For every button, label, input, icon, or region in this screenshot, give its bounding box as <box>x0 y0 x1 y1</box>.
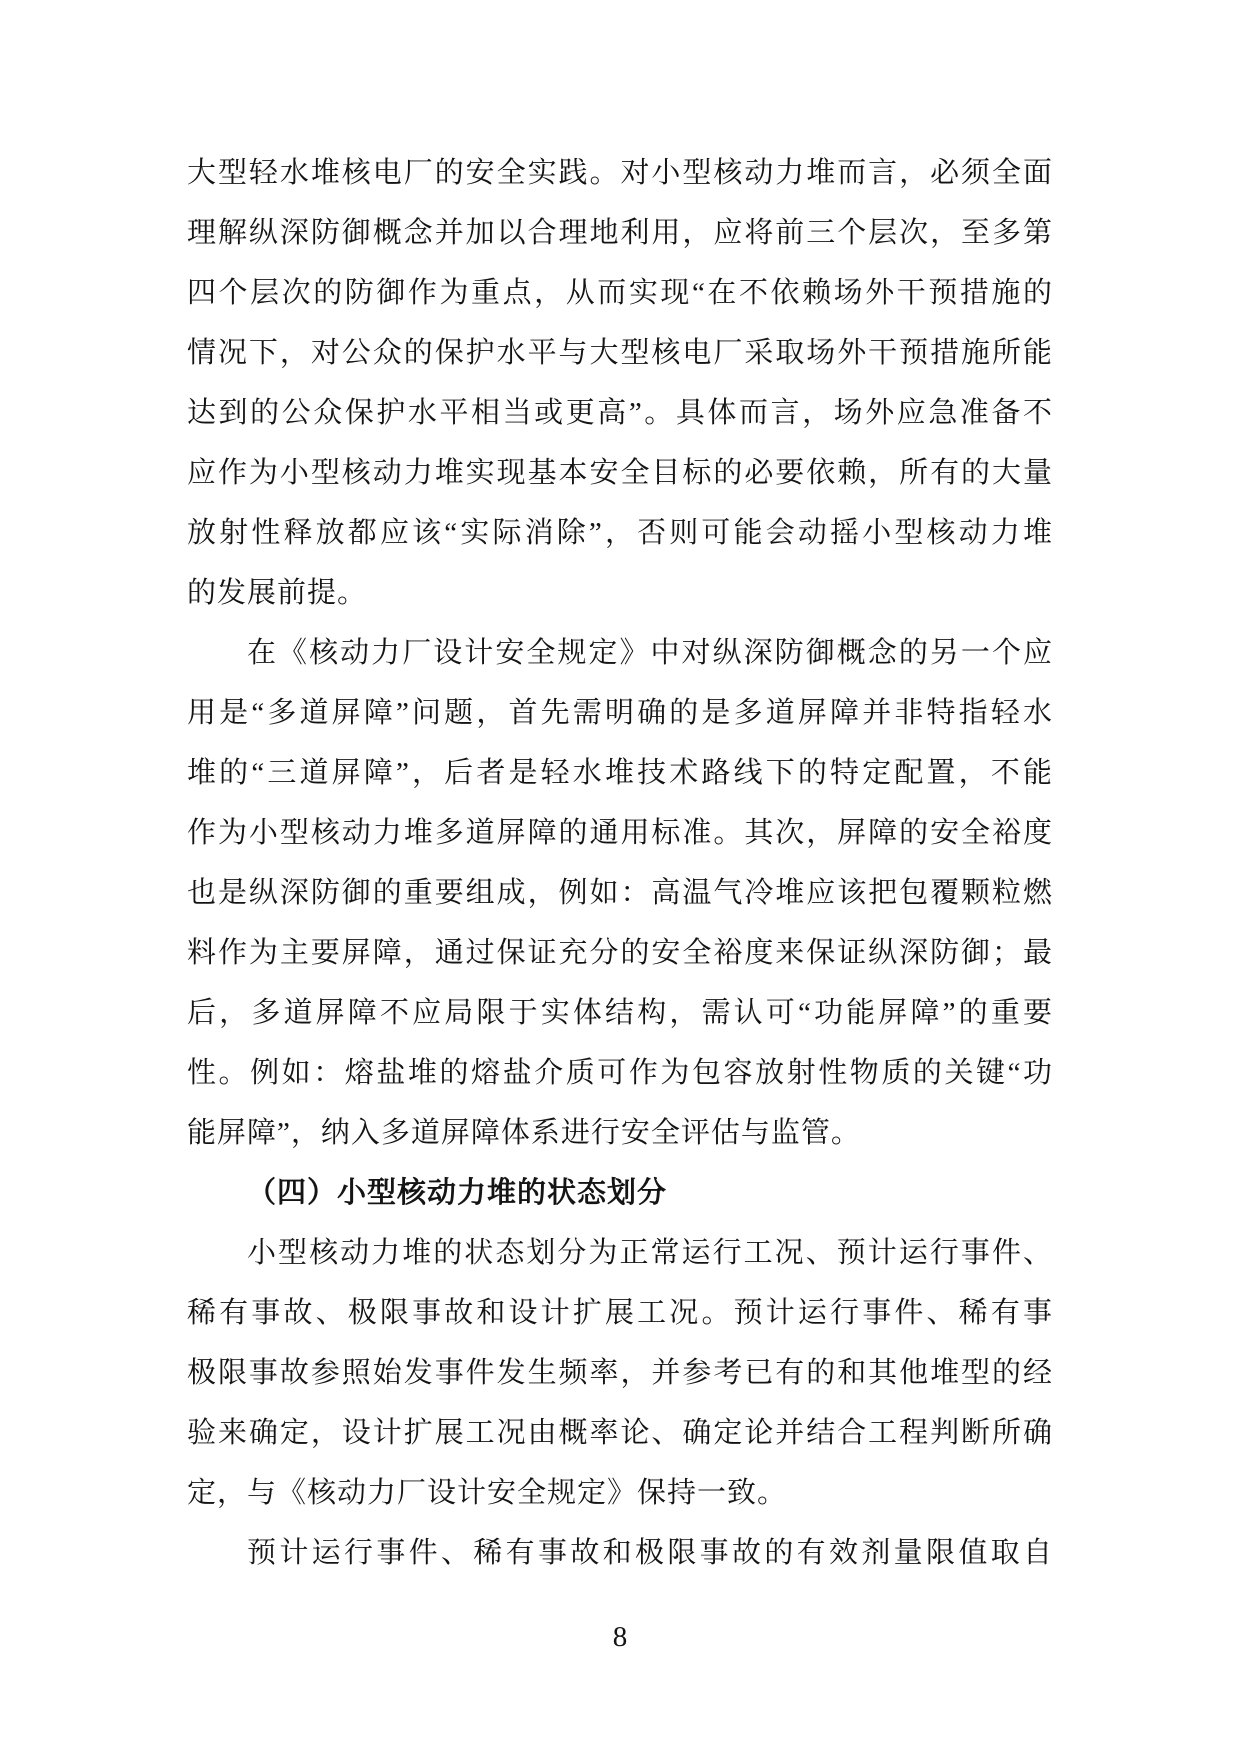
text-block: 大型轻水堆核电厂的安全实践。对小型核动力堆而言，必须全面 理解纵深防御概念并加以… <box>187 143 1053 1583</box>
body-line: 作为小型核动力堆多道屏障的通用标准。其次，屏障的安全裕度 <box>187 803 1053 863</box>
body-line: 定，与《核动力厂设计安全规定》保持一致。 <box>187 1463 1053 1523</box>
body-line: 应作为小型核动力堆实现基本安全目标的必要依赖，所有的大量 <box>187 443 1053 503</box>
body-line: 放射性释放都应该“实际消除”，否则可能会动摇小型核动力堆 <box>187 503 1053 563</box>
body-line: 后，多道屏障不应局限于实体结构，需认可“功能屏障”的重要 <box>187 983 1053 1043</box>
body-line: 理解纵深防御概念并加以合理地利用，应将前三个层次，至多第 <box>187 203 1053 263</box>
body-line: 性。例如：熔盐堆的熔盐介质可作为包容放射性物质的关键“功 <box>187 1043 1053 1103</box>
body-line: 的发展前提。 <box>187 563 1053 623</box>
body-line: 大型轻水堆核电厂的安全实践。对小型核动力堆而言，必须全面 <box>187 143 1053 203</box>
body-line: 用是“多道屏障”问题，首先需明确的是多道屏障并非特指轻水 <box>187 683 1053 743</box>
body-line: 预计运行事件、稀有事故和极限事故的有效剂量限值取自 <box>187 1523 1053 1583</box>
document-page: 大型轻水堆核电厂的安全实践。对小型核动力堆而言，必须全面 理解纵深防御概念并加以… <box>0 0 1240 1753</box>
body-line: 堆的“三道屏障”，后者是轻水堆技术路线下的特定配置，不能 <box>187 743 1053 803</box>
body-line: 四个层次的防御作为重点，从而实现“在不依赖场外干预措施的 <box>187 263 1053 323</box>
body-line: 验来确定，设计扩展工况由概率论、确定论并结合工程判断所确 <box>187 1403 1053 1463</box>
body-line: 小型核动力堆的状态划分为正常运行工况、预计运行事件、 <box>187 1223 1053 1283</box>
body-line: 情况下，对公众的保护水平与大型核电厂采取场外干预措施所能 <box>187 323 1053 383</box>
body-line: 极限事故参照始发事件发生频率，并参考已有的和其他堆型的经 <box>187 1343 1053 1403</box>
body-line: 能屏障”，纳入多道屏障体系进行安全评估与监管。 <box>187 1103 1053 1163</box>
body-line: 在《核动力厂设计安全规定》中对纵深防御概念的另一个应 <box>187 623 1053 683</box>
body-line: 也是纵深防御的重要组成，例如：高温气冷堆应该把包覆颗粒燃 <box>187 863 1053 923</box>
section-heading: （四）小型核动力堆的状态划分 <box>187 1163 1053 1223</box>
body-line: 料作为主要屏障，通过保证充分的安全裕度来保证纵深防御；最 <box>187 923 1053 983</box>
body-line: 稀有事故、极限事故和设计扩展工况。预计运行事件、稀有事故、 <box>187 1283 1053 1343</box>
page-number: 8 <box>0 1612 1240 1662</box>
body-line: 达到的公众保护水平相当或更高”。具体而言，场外应急准备不 <box>187 383 1053 443</box>
